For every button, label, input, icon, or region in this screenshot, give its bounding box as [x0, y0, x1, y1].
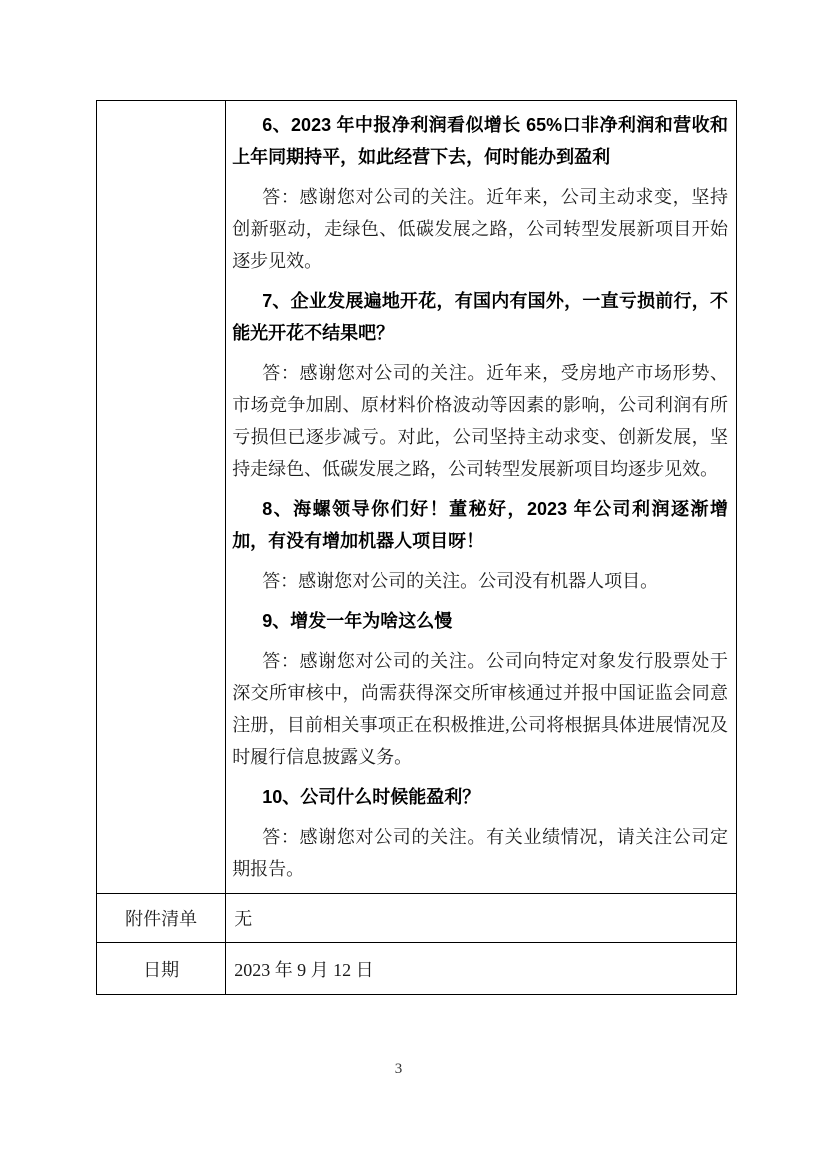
question-8: 8、海螺领导你们好！董秘好，2023 年公司利润逐渐增加，有没有增加机器人项目呀…	[232, 493, 728, 557]
answer-10: 答：感谢您对公司的关注。有关业绩情况，请关注公司定期报告。	[232, 821, 728, 885]
date-row: 日期 2023 年 9 月 12 日	[97, 943, 737, 995]
attachment-label: 附件清单	[97, 894, 226, 943]
date-value: 2023 年 9 月 12 日	[226, 943, 737, 995]
answer-8: 答：感谢您对公司的关注。公司没有机器人项目。	[232, 565, 728, 597]
question-10: 10、公司什么时候能盈利？	[232, 781, 728, 813]
document-page: 6、2023 年中报净利润看似增长 65%口非净利润和营收和上年同期持平，如此经…	[0, 0, 827, 1169]
question-6: 6、2023 年中报净利润看似增长 65%口非净利润和营收和上年同期持平，如此经…	[232, 109, 728, 173]
answer-7: 答：感谢您对公司的关注。近年来，受房地产市场形势、市场竞争加剧、原材料价格波动等…	[232, 357, 728, 485]
qa-label-cell-empty	[97, 101, 226, 894]
question-7: 7、企业发展遍地开花，有国内有国外，一直亏损前行，不能光开花不结果吧？	[232, 285, 728, 349]
question-9: 9、增发一年为啥这么慢	[232, 605, 728, 637]
attachment-value: 无	[226, 894, 737, 943]
page-number: 3	[0, 1061, 797, 1078]
answer-9: 答：感谢您对公司的关注。公司向特定对象发行股票处于深交所审核中，尚需获得深交所审…	[232, 645, 728, 773]
date-label: 日期	[97, 943, 226, 995]
answer-6: 答：感谢您对公司的关注。近年来，公司主动求变，坚持创新驱动，走绿色、低碳发展之路…	[232, 181, 728, 277]
qa-content-cell: 6、2023 年中报净利润看似增长 65%口非净利润和营收和上年同期持平，如此经…	[226, 101, 737, 894]
qa-table: 6、2023 年中报净利润看似增长 65%口非净利润和营收和上年同期持平，如此经…	[96, 100, 737, 995]
attachment-row: 附件清单 无	[97, 894, 737, 943]
qa-row: 6、2023 年中报净利润看似增长 65%口非净利润和营收和上年同期持平，如此经…	[97, 101, 737, 894]
